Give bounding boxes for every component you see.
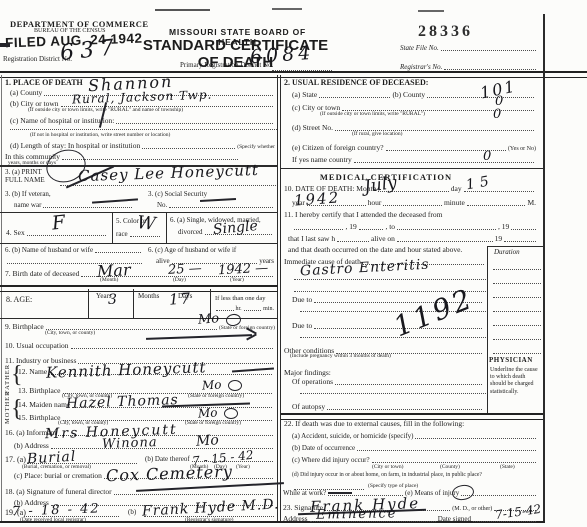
hw-age-months: 3 (108, 292, 117, 308)
hw-father-birthplace: Mo (202, 377, 222, 392)
operations-label: Of operations (292, 377, 333, 386)
occupation-label: 10. Usual occupation (5, 341, 69, 350)
burial-year-note: (Year) (236, 464, 250, 470)
aliveon-label: alive on (371, 234, 395, 243)
occurred-label: and that death occurred on the date and … (288, 245, 462, 254)
res-street-label: (d) Street No. (292, 123, 333, 132)
burial-label: 17. (a) (5, 455, 26, 464)
mother-side-label: MOTHER (4, 391, 11, 424)
hw-birth-month: Mar (97, 260, 132, 281)
dotted-leader (444, 68, 536, 70)
res-citizen-row: (e) Citizen of foreign country? (Yes or … (292, 143, 536, 152)
external-c-row: (c) Where did injury occur? (292, 456, 538, 464)
address-label: Address (283, 514, 308, 523)
res-country-row: If yes name country (292, 155, 536, 164)
lastsaw-row: that I last saw h alive on 19 (288, 234, 538, 243)
hw-res-country: 0 (483, 149, 491, 164)
res-citizen-note: (Yes or No) (508, 146, 536, 152)
hr-label: hr. (236, 306, 242, 312)
section2-title: 2. USUAL RESIDENCE OF DECEASED: (284, 78, 428, 87)
external-state-note: (State) (500, 464, 515, 470)
hw-registrar-date: 7 - 18 - 42 (12, 501, 101, 519)
dotted-leader (493, 268, 541, 270)
ssn-label1: 3. (c) Social Security (148, 190, 207, 198)
dotted-leader (357, 449, 536, 451)
stay-row: (d) Length of stay: In hospital or insti… (10, 141, 275, 150)
hw-sex: F (51, 211, 66, 234)
veteran-label1: 3. (b) If veteran, (5, 190, 51, 198)
veteran-row: name war (14, 201, 134, 209)
work-label: While at work? (283, 489, 326, 497)
rule (543, 14, 545, 522)
dotted-leader (415, 437, 536, 439)
death-certificate-scan: DEPARTMENT OF COMMERCE BUREAU OF THE CEN… (0, 0, 587, 527)
rule (277, 75, 278, 522)
minute-label: minute (444, 198, 465, 207)
dotted-leader (493, 310, 541, 312)
min-label: min. (263, 306, 274, 312)
dotted-leader (359, 228, 384, 230)
operations-row: Of operations (292, 377, 484, 386)
signature-note: (M. D., or other) (452, 506, 492, 512)
informant-address-label: (b) Address (14, 441, 49, 450)
hw-burial: Burial (27, 449, 77, 468)
nineteen-label: , 19 (498, 222, 509, 231)
dotted-leader (216, 309, 234, 311)
veteran-label2: name war (14, 201, 41, 209)
hw-death-year: 1942 (293, 188, 340, 209)
age-hrmin-row: hr. min. (214, 306, 274, 312)
certify-line1: 11. I hereby certify that I attended the… (284, 210, 442, 219)
dotted-leader (114, 493, 273, 495)
hw-birth-day: 25 — (168, 261, 202, 278)
mother-name-label: 14. Maiden name (18, 400, 70, 409)
to-label: , to (385, 222, 395, 231)
res-country-label: If yes name country (292, 155, 352, 164)
rule (487, 246, 543, 247)
dotted-leader (294, 278, 486, 280)
physician-note: Underline the cause to which death shoul… (490, 367, 541, 396)
occupation-row: 10. Usual occupation (5, 341, 275, 350)
dotted-leader (493, 324, 541, 326)
autopsy-row: Of autopsy (292, 402, 484, 411)
dotted-leader (372, 461, 536, 463)
section1-title: 1. PLACE OF DEATH (5, 78, 83, 87)
rule (1, 75, 2, 522)
res-street-row: (d) Street No. (292, 123, 536, 132)
marital-label2: divorced (178, 228, 203, 236)
pen-flourish (146, 334, 252, 340)
autopsy-label: Of autopsy (292, 402, 325, 411)
findings-label: Major findings: (284, 368, 331, 377)
father-birthplace-label: 13. Birthplace (18, 386, 61, 395)
dotted-leader (244, 309, 262, 311)
pen-flourish (328, 492, 352, 494)
rule (280, 75, 281, 522)
physician-label: PHYSICIAN (489, 356, 533, 364)
dotted-leader (142, 147, 235, 149)
age-label: 8. AGE: (6, 295, 32, 304)
dotted-leader (43, 206, 132, 208)
nineteen-label: , 19 (345, 222, 356, 231)
father-state-note: (State or foreign country) (188, 393, 244, 399)
dotted-leader (511, 228, 536, 230)
dotted-leader (327, 408, 482, 410)
hw-burial-place: Cox Cemetery (106, 462, 234, 485)
date-signed-label: Date signed (438, 515, 471, 523)
dotted-leader (493, 338, 541, 340)
hw-color: W (136, 212, 157, 235)
external-title: 22. If death was due to external causes,… (284, 419, 464, 428)
dotted-leader (337, 240, 369, 242)
dotted-leader (10, 128, 277, 130)
due-label: Due to (292, 295, 312, 304)
age-less-label: If less than one day (215, 295, 266, 302)
dotted-leader (300, 336, 486, 338)
hw-birthplace: Mo (198, 311, 220, 327)
mother-state-note: (State or foreign country) (185, 420, 241, 426)
rule (281, 168, 543, 169)
dotted-leader (354, 161, 534, 163)
ssn-row: No. (157, 201, 275, 209)
death-day-label: day (451, 184, 462, 193)
stay-label: (d) Length of stay: In hospital or insti… (10, 141, 140, 150)
certify-line2: , 19 , to , 19 (292, 222, 538, 231)
registrar-b-label: (b) (128, 508, 136, 516)
res-street-note: (If rural, give location) (352, 131, 402, 137)
burial-date-label: (b) Date thereof (145, 455, 190, 463)
fullname-label2: FULL NAME (5, 176, 45, 184)
due-row-2: Due to (292, 321, 484, 330)
primary-district-value: 6084 (249, 42, 315, 68)
external-county-note: (County) (440, 464, 460, 470)
registrar-no-label: Registrar's No. (400, 63, 442, 71)
year-note: (Year) (230, 277, 244, 283)
dotted-leader (383, 204, 442, 206)
rule (133, 289, 134, 318)
dotted-leader (504, 240, 536, 242)
dotted-leader (71, 347, 273, 349)
hw-birth-year: 1942 — (218, 261, 269, 279)
county-label: (a) County (10, 88, 42, 97)
hw-physician-address: Eminence (316, 506, 398, 522)
ssn-label2: No. (157, 201, 167, 209)
color-label2: race (116, 230, 128, 238)
scan-artifact (0, 43, 10, 47)
dotted-leader (319, 96, 390, 98)
external-b-row: (b) Date of occurrence (292, 444, 538, 452)
dotted-leader (441, 49, 536, 51)
scan-artifact (155, 9, 210, 11)
hw-informant-address-state: Mo (195, 432, 219, 450)
dotted-leader (493, 352, 541, 354)
birthplace-city-note: (City, town, or county) (45, 330, 95, 336)
spouse-age-label1: 6. (c) Age of husband or wife if (148, 246, 236, 254)
external-a-label: (a) Accident, suicide, or homicide (spec… (292, 432, 413, 440)
state-file-row: State File No. (400, 44, 538, 52)
pen-loop (228, 380, 242, 391)
registrar-no-row: Registrar's No. (400, 63, 538, 71)
birthplace-label: 9. Birthplace (5, 322, 44, 331)
serial-number: 28336 (418, 23, 473, 41)
scan-artifact (272, 8, 302, 10)
reg-district-value: 637 (59, 35, 121, 66)
registrar-sig-note: (Registrar's signature) (185, 517, 234, 523)
res-city-note: (If outside city or town limits, write "… (320, 111, 425, 117)
external-a-row: (a) Accident, suicide, or homicide (spec… (292, 432, 538, 440)
pen-loop (224, 408, 238, 419)
dotted-leader (397, 240, 493, 242)
age-months-head: Months (138, 292, 159, 300)
state-file-label: State File No. (400, 44, 439, 52)
stay-note1: (Specify whether (237, 144, 275, 150)
external-c-label: (c) Where did injury occur? (292, 456, 370, 464)
hospital-row: (c) Name of hospital or institution: (10, 116, 275, 125)
other-conditions-note: (Include pregnancy within 3 months of de… (290, 353, 391, 359)
burial-place-label: (c) Place: burial or cremation (14, 471, 102, 480)
spouse-row: 6. (b) Name of husband or wife (5, 246, 143, 254)
dotted-leader (397, 228, 496, 230)
hw-informant-address: Winona (102, 435, 158, 452)
rule (0, 285, 278, 292)
rule (88, 289, 89, 318)
res-state-label: (a) State (292, 90, 317, 99)
dotted-leader (300, 392, 486, 394)
dotted-leader (493, 296, 541, 298)
external-b-label: (b) Date of occurrence (292, 444, 355, 452)
dotted-leader (467, 204, 526, 206)
dotted-leader (335, 383, 482, 385)
res-county-label: (b) County (392, 90, 425, 99)
birthdate-label: 7. Birth date of deceased (5, 269, 79, 278)
fullname-label1: 3. (a) PRINT (5, 168, 42, 176)
external-city-note: (City or town) (372, 464, 403, 470)
rule (166, 212, 167, 243)
m-label: M. (527, 198, 536, 207)
due-label: Due to (292, 321, 312, 330)
funeral-sig-label: 18. (a) Signature of funeral director (5, 487, 112, 496)
hw-mother-birthplace: Mo (198, 405, 218, 420)
dotted-leader (294, 228, 343, 230)
sex-label: 4. Sex (6, 228, 25, 237)
spouse-label: 6. (b) Name of husband or wife (5, 246, 93, 254)
dotted-leader (95, 251, 141, 253)
pen-circle (451, 484, 475, 502)
rule (0, 243, 278, 244)
hospital-note: (If not in hospital or institution, writ… (30, 132, 170, 138)
dotted-leader (116, 122, 273, 124)
nineteen-label: 19 (495, 234, 503, 243)
external-d-label: (d) Did injury occur in or about home, o… (292, 471, 482, 478)
dotted-leader (169, 206, 273, 208)
day-note: (Day) (173, 277, 186, 283)
hw-death-month: July (363, 173, 398, 197)
rule (487, 246, 488, 413)
scan-artifact (418, 10, 444, 12)
father-side-label: FATHER (4, 364, 11, 394)
dotted-leader (62, 158, 238, 160)
lastsaw-label: that I last saw h (288, 234, 335, 243)
dotted-leader (130, 235, 160, 237)
hw-res-city2: 0 (493, 107, 501, 122)
dotted-leader (27, 234, 106, 236)
hw-age-days: 17 (168, 289, 192, 309)
duration-label: Duration (494, 248, 520, 256)
rule (112, 212, 113, 243)
res-citizen-label: (e) Citizen of foreign country? (292, 143, 384, 152)
father-name-label: 12. Name (18, 367, 47, 376)
hour-label: hour (368, 198, 382, 207)
dotted-leader (493, 282, 541, 284)
mother-birthplace-label: 15. Birthplace (18, 413, 61, 422)
